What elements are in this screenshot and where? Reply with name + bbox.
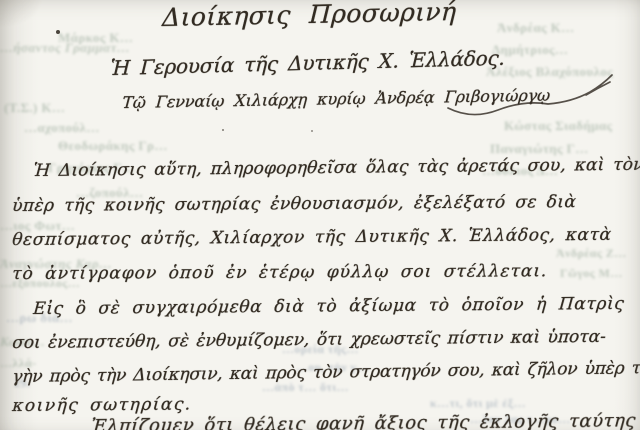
manuscript-heading: Διοίκησις Προσωρινή (162, 0, 458, 32)
body-line: ὑπὲρ τῆς κοινῆς σωτηρίας ἐνθουσιασμόν, ἐ… (11, 192, 577, 216)
body-line: γὴν πρὸς τὴν Διοίκησιν, καὶ πρὸς τὸν στρ… (12, 358, 640, 387)
body-line: Ἡ Διοίκησις αὕτη, πληροφορηθεῖσα ὅλας τὰ… (32, 155, 640, 181)
handwriting-layer: Διοίκησις Προσωρινή Ἡ Γερουσία τῆς Δυτικ… (0, 0, 640, 430)
ink-speck (311, 130, 313, 132)
body-line: θεσπίσματος αὐτῆς, Χιλίαρχον τῆς Δυτικῆς… (11, 225, 612, 250)
body-line: τὸ ἀντίγραφον ὁποῦ ἐν ἑτέρῳ φύλλῳ σοι στ… (11, 261, 548, 284)
body-line: κοινῆς σωτηρίας. (11, 394, 192, 416)
body-line: σοι ἐνεπιστεύθη, σὲ ἐνθυμίζομεν, ὅτι χρε… (11, 327, 606, 353)
pen-flourish (440, 68, 625, 120)
manuscript-scan: …ήσαντος Γραμματ… Μάρκος Κ… (Τ.Σ.) Κ… …α… (0, 0, 640, 430)
ink-speck (222, 129, 224, 131)
ink-speck (56, 30, 60, 34)
body-line: Εἰς ὃ σὲ συγχαιρόμεθα διὰ τὸ ἀξίωμα τὸ ὁ… (32, 294, 625, 319)
